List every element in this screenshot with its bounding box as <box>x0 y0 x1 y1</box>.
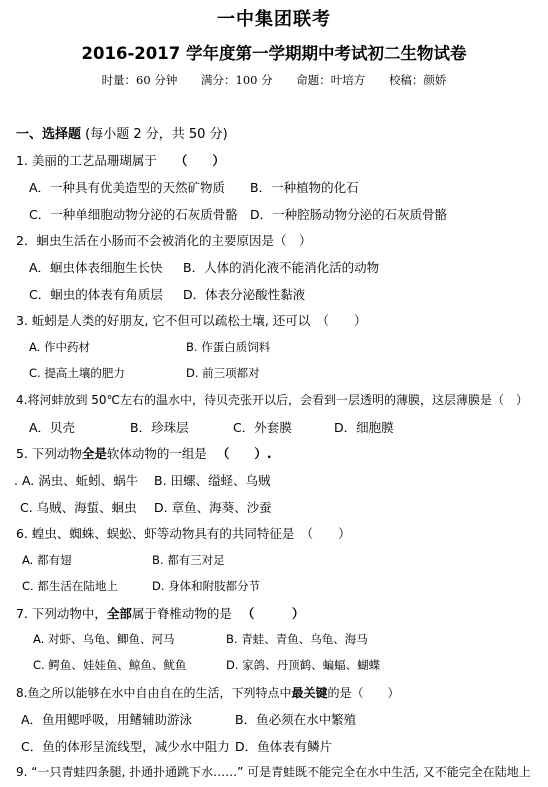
option-c: C. 都生活在陆地上 <box>22 578 118 594</box>
option-d: D. 前三项都对 <box>186 365 260 381</box>
question-stem: 6. 蝗虫、蜘蛛、蜈蚣、虾等动物具有的共同特征是 （ ） <box>16 524 351 542</box>
option-b: B．鱼必须在水中繁殖 <box>235 710 356 728</box>
option-b: B. 青蛙、青鱼、乌龟、海马 <box>226 631 368 647</box>
option-b: B. 作蛋白质饲料 <box>186 339 270 355</box>
meta-reviewer: 校稿：颜娇 <box>389 73 447 87</box>
option-c: C．一种单细胞动物分泌的石灰质骨骼 <box>29 205 238 223</box>
option-d: D．一种腔肠动物分泌的石灰质骨骼 <box>250 205 447 223</box>
option-d: D. 家鸽、丹顶鹤、蝙蝠、蝴蝶 <box>226 657 380 673</box>
option-a: A．鱼用鳃呼吸，用鳍辅助游泳 <box>21 710 192 728</box>
option-b: B. 都有三对足 <box>152 552 225 568</box>
option-a: A. 都有翅 <box>22 552 71 568</box>
question-stem: 8.鱼之所以能够在水中自由自在的生活，下列特点中最关键的是（ ） <box>16 684 399 701</box>
question-stem: 5. 下列动物全是软体动物的一组是 （ ）. <box>16 444 272 462</box>
option-a: . A. 涡虫、蚯蚓、蜗牛 <box>14 471 138 489</box>
option-d: D. 章鱼、海葵、沙蚕 <box>154 498 272 516</box>
option-d: D．细胞膜 <box>334 418 394 436</box>
exam-title: 一中集团联考 <box>0 5 548 31</box>
option-b: B．珍珠层 <box>130 418 189 436</box>
meta-time: 时量：60 分钟 <box>102 73 178 87</box>
question-stem: 3. 蚯蚓是人类的好朋友, 它不但可以疏松土壤, 还可以 （ ） <box>16 311 367 329</box>
option-c: C. 乌贼、海蜇、蛔虫 <box>20 498 137 516</box>
exam-subtitle: 2016-2017 学年度第一学期期中考试初二生物试卷 <box>0 40 548 64</box>
option-b: B．人体的消化液不能消化活的动物 <box>183 258 379 276</box>
option-c: C. 提高土壤的肥力 <box>29 365 125 381</box>
section-heading: 一、选择题 (每小题 2 分，共 50 分) <box>16 123 228 142</box>
option-b: B．一种植物的化石 <box>250 178 359 196</box>
question-stem: 9. “一只青蛙四条腿, 扑通扑通跳下水……” 可是青蛙既不能完全在水中生活, … <box>16 763 531 780</box>
option-c: C．外套膜 <box>233 418 292 436</box>
question-stem: 7. 下列动物中，全部属于脊椎动物的是 （ ） <box>16 604 304 622</box>
question-stem: 4.将河蚌放到 50℃左右的温水中，待贝壳张开以后，会看到一层透明的薄膜，这层薄… <box>16 391 528 408</box>
section-label: 一、选择题 <box>16 127 81 142</box>
question-stem: 1. 美丽的工艺品珊瑚属于 （ ） <box>16 151 225 169</box>
option-c: C. 鳄鱼、娃娃鱼、鲸鱼、鱿鱼 <box>33 657 186 673</box>
exam-meta: 时量：60 分钟 满分：100 分 命题：叶培方 校稿：颜娇 <box>0 72 548 88</box>
option-a: A．一种具有优美造型的天然矿物质 <box>29 178 225 196</box>
option-d: D．鱼体表有鳞片 <box>235 737 332 755</box>
option-a: A. 对虾、乌龟、鲫鱼、河马 <box>33 631 174 647</box>
option-d: D. 身体和附肢都分节 <box>152 578 260 594</box>
question-stem: 2．蛔虫生活在小肠而不会被消化的主要原因是（ ） <box>16 231 311 249</box>
option-c: C．鱼的体形呈流线型，减少水中阻力 <box>21 737 230 755</box>
option-a: A．贝壳 <box>29 418 75 436</box>
section-note: (每小题 2 分，共 50 分) <box>85 127 228 142</box>
option-a: A．蛔虫体表细胞生长快 <box>29 258 163 276</box>
option-d: D．体表分泌酸性黏液 <box>183 285 305 303</box>
meta-author: 命题：叶培方 <box>296 73 365 87</box>
option-a: A. 作中药材 <box>29 339 90 355</box>
option-c: C．蛔虫的体表有角质层 <box>29 285 163 303</box>
option-b: B. 田螺、缢蛏、乌贼 <box>154 471 271 489</box>
meta-score: 满分：100 分 <box>201 73 273 87</box>
